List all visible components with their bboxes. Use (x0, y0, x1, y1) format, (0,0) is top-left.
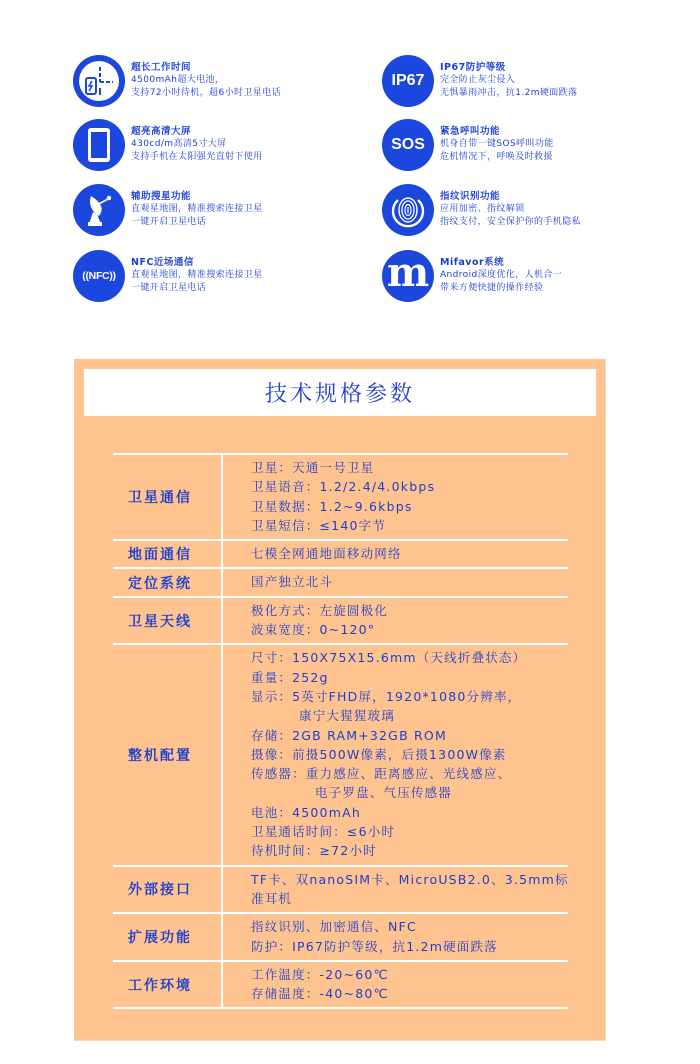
spec-label: 定位系统 (113, 569, 223, 595)
feature-line: 支持手机在太阳强光直射下使用 (131, 151, 263, 164)
feature-ip67: IP67 IP67防护等级 完全防止灰尘侵入 无惧暴雨冲击，抗1.2m硬面跌落 (382, 55, 682, 111)
feature-line: 无惧暴雨冲击，抗1.2m硬面跌落 (440, 87, 577, 100)
feature-line: 机身自带一键SOS呼叫功能 (440, 138, 554, 151)
spec-value: 摄像：前摄500W像素，后摄1300W像素 (251, 745, 526, 764)
feature-line: 4500mAh超大电池， (131, 74, 281, 87)
satellite-dish-icon (73, 184, 125, 236)
table-row: 地面通信 七模全网通地面移动网络 (113, 539, 568, 567)
feature-line: 支持72小时待机，超6小时卫星电话 (131, 87, 281, 100)
sos-icon-label: SOS (391, 136, 425, 154)
spec-value: 波束宽度：0~120° (251, 620, 388, 639)
mifavor-icon-label: m (387, 253, 429, 293)
sos-icon: SOS (382, 119, 434, 171)
feature-title: 超长工作时间 (131, 61, 281, 74)
spec-values: 国产独立北斗 (223, 569, 333, 595)
spec-value: TF卡、双nanoSIM卡、MicroUSB2.0、3.5mm标 (251, 870, 569, 889)
spec-values: 卫星：天通一号卫星 卫星语音：1.2/2.4/4.0kbps 卫星数据：1.2~… (223, 455, 435, 539)
ip67-icon: IP67 (382, 55, 434, 107)
feature-line: Android深度优化，人机合一 (440, 269, 562, 282)
feature-line: 完全防止灰尘侵入 (440, 74, 577, 87)
feature-title: NFC近场通信 (131, 256, 263, 269)
spec-label: 外部接口 (113, 867, 223, 913)
spec-label: 卫星天线 (113, 598, 223, 644)
spec-label: 整机配置 (113, 645, 223, 864)
feature-title: Mifavor系统 (440, 256, 562, 269)
nfc-icon-label: ((NFC)) (82, 270, 115, 282)
specs-table: 卫星通信 卫星：天通一号卫星 卫星语音：1.2/2.4/4.0kbps 卫星数据… (113, 453, 568, 1009)
mifavor-icon: m (382, 250, 434, 302)
feature-line: 430cd/m高清5寸大屏 (131, 138, 263, 151)
spec-values: 指纹识别、加密通信、NFC 防护：IP67防护等级，抗1.2m硬面跌落 (223, 914, 498, 960)
specs-panel: 技术规格参数 卫星通信 卫星：天通一号卫星 卫星语音：1.2/2.4/4.0kb… (74, 359, 606, 1041)
spec-value: 卫星通话时间：≤6小时 (251, 822, 526, 841)
feature-fingerprint: 指纹识别功能 应用加密、指纹解锁 指纹支付，安全保护你的手机隐私 (382, 184, 682, 240)
spec-value: 康宁大猩猩玻璃 (251, 706, 526, 725)
fingerprint-icon (382, 184, 434, 236)
feature-line: 危机情况下，呼唤及时救援 (440, 151, 554, 164)
feature-title: IP67防护等级 (440, 61, 577, 74)
spec-label: 地面通信 (113, 541, 223, 567)
spec-value: 卫星数据：1.2~9.6kbps (251, 497, 435, 516)
spec-value: 尺寸：150X75X15.6mm（天线折叠状态） (251, 648, 526, 667)
feature-title: 超亮高清大屏 (131, 125, 263, 138)
spec-value: 工作温度：-20~60℃ (251, 965, 389, 984)
feature-bright-screen: 超亮高清大屏 430cd/m高清5寸大屏 支持手机在太阳强光直射下使用 (73, 119, 373, 175)
table-row: 卫星通信 卫星：天通一号卫星 卫星语音：1.2/2.4/4.0kbps 卫星数据… (113, 453, 568, 539)
spec-label: 工作环境 (113, 962, 223, 1008)
table-row: 工作环境 工作温度：-20~60℃ 存储温度：-40~80℃ (113, 960, 568, 1010)
spec-label: 卫星通信 (113, 455, 223, 539)
specs-title-box: 技术规格参数 (84, 369, 596, 416)
spec-value: 七模全网通地面移动网络 (251, 544, 402, 563)
feature-nfc: ((NFC)) NFC近场通信 直观星地图，精准搜索连接卫星 一键开启卫星电话 (73, 250, 373, 306)
clock-battery-icon (73, 55, 125, 107)
spec-value: 指纹识别、加密通信、NFC (251, 917, 498, 936)
feature-title: 紧急呼叫功能 (440, 125, 554, 138)
spec-value: 重量：252g (251, 668, 526, 687)
feature-satellite-search: 辅助搜星功能 直观星地图，精准搜索连接卫星 一键开启卫星电话 (73, 184, 373, 240)
spec-values: 尺寸：150X75X15.6mm（天线折叠状态） 重量：252g 显示：5英寸F… (223, 645, 526, 864)
spec-value: 准耳机 (251, 889, 569, 908)
spec-value: 存储温度：-40~80℃ (251, 984, 389, 1003)
spec-values: 工作温度：-20~60℃ 存储温度：-40~80℃ (223, 962, 389, 1008)
feature-long-battery: 超长工作时间 4500mAh超大电池， 支持72小时待机，超6小时卫星电话 (73, 55, 373, 111)
feature-line: 一键开启卫星电话 (131, 216, 263, 229)
spec-values: 极化方式：左旋圆极化 波束宽度：0~120° (223, 598, 388, 644)
feature-mifavor: m Mifavor系统 Android深度优化，人机合一 带来方便快捷的操作经验 (382, 250, 682, 306)
spec-value: 卫星：天通一号卫星 (251, 458, 435, 477)
spec-value: 电子罗盘、气压传感器 (251, 783, 526, 802)
spec-value: 卫星短信：≤140字节 (251, 516, 435, 535)
spec-value: 待机时间：≥72小时 (251, 841, 526, 860)
feature-sos: SOS 紧急呼叫功能 机身自带一键SOS呼叫功能 危机情况下，呼唤及时救援 (382, 119, 682, 175)
spec-value: 显示：5英寸FHD屏，1920*1080分辨率， (251, 687, 526, 706)
feature-line: 带来方便快捷的操作经验 (440, 282, 562, 295)
table-row: 扩展功能 指纹识别、加密通信、NFC 防护：IP67防护等级，抗1.2m硬面跌落 (113, 912, 568, 960)
feature-title: 辅助搜星功能 (131, 190, 263, 203)
nfc-icon: ((NFC)) (73, 250, 125, 302)
spec-value: 存储：2GB RAM+32GB ROM (251, 726, 526, 745)
feature-line: 应用加密、指纹解锁 (440, 203, 581, 216)
table-row: 外部接口 TF卡、双nanoSIM卡、MicroUSB2.0、3.5mm标 准耳… (113, 865, 568, 913)
spec-values: 七模全网通地面移动网络 (223, 541, 402, 567)
specs-title: 技术规格参数 (265, 377, 415, 408)
spec-value: 极化方式：左旋圆极化 (251, 601, 388, 620)
spec-values: TF卡、双nanoSIM卡、MicroUSB2.0、3.5mm标 准耳机 (223, 867, 569, 913)
phone-screen-icon (73, 119, 125, 171)
spec-value: 电池：4500mAh (251, 803, 526, 822)
feature-title: 指纹识别功能 (440, 190, 581, 203)
feature-line: 直观星地图，精准搜索连接卫星 (131, 203, 263, 216)
spec-label: 扩展功能 (113, 914, 223, 960)
table-row: 整机配置 尺寸：150X75X15.6mm（天线折叠状态） 重量：252g 显示… (113, 643, 568, 864)
ip67-icon-label: IP67 (392, 72, 425, 90)
table-row: 卫星天线 极化方式：左旋圆极化 波束宽度：0~120° (113, 596, 568, 644)
spec-value: 国产独立北斗 (251, 572, 333, 591)
feature-line: 指纹支付，安全保护你的手机隐私 (440, 216, 581, 229)
feature-line: 直观星地图，精准搜索连接卫星 (131, 269, 263, 282)
feature-line: 一键开启卫星电话 (131, 282, 263, 295)
table-row: 定位系统 国产独立北斗 (113, 567, 568, 595)
spec-value: 卫星语音：1.2/2.4/4.0kbps (251, 477, 435, 496)
spec-value: 传感器：重力感应、距离感应、光线感应、 (251, 764, 526, 783)
spec-value: 防护：IP67防护等级，抗1.2m硬面跌落 (251, 937, 498, 956)
